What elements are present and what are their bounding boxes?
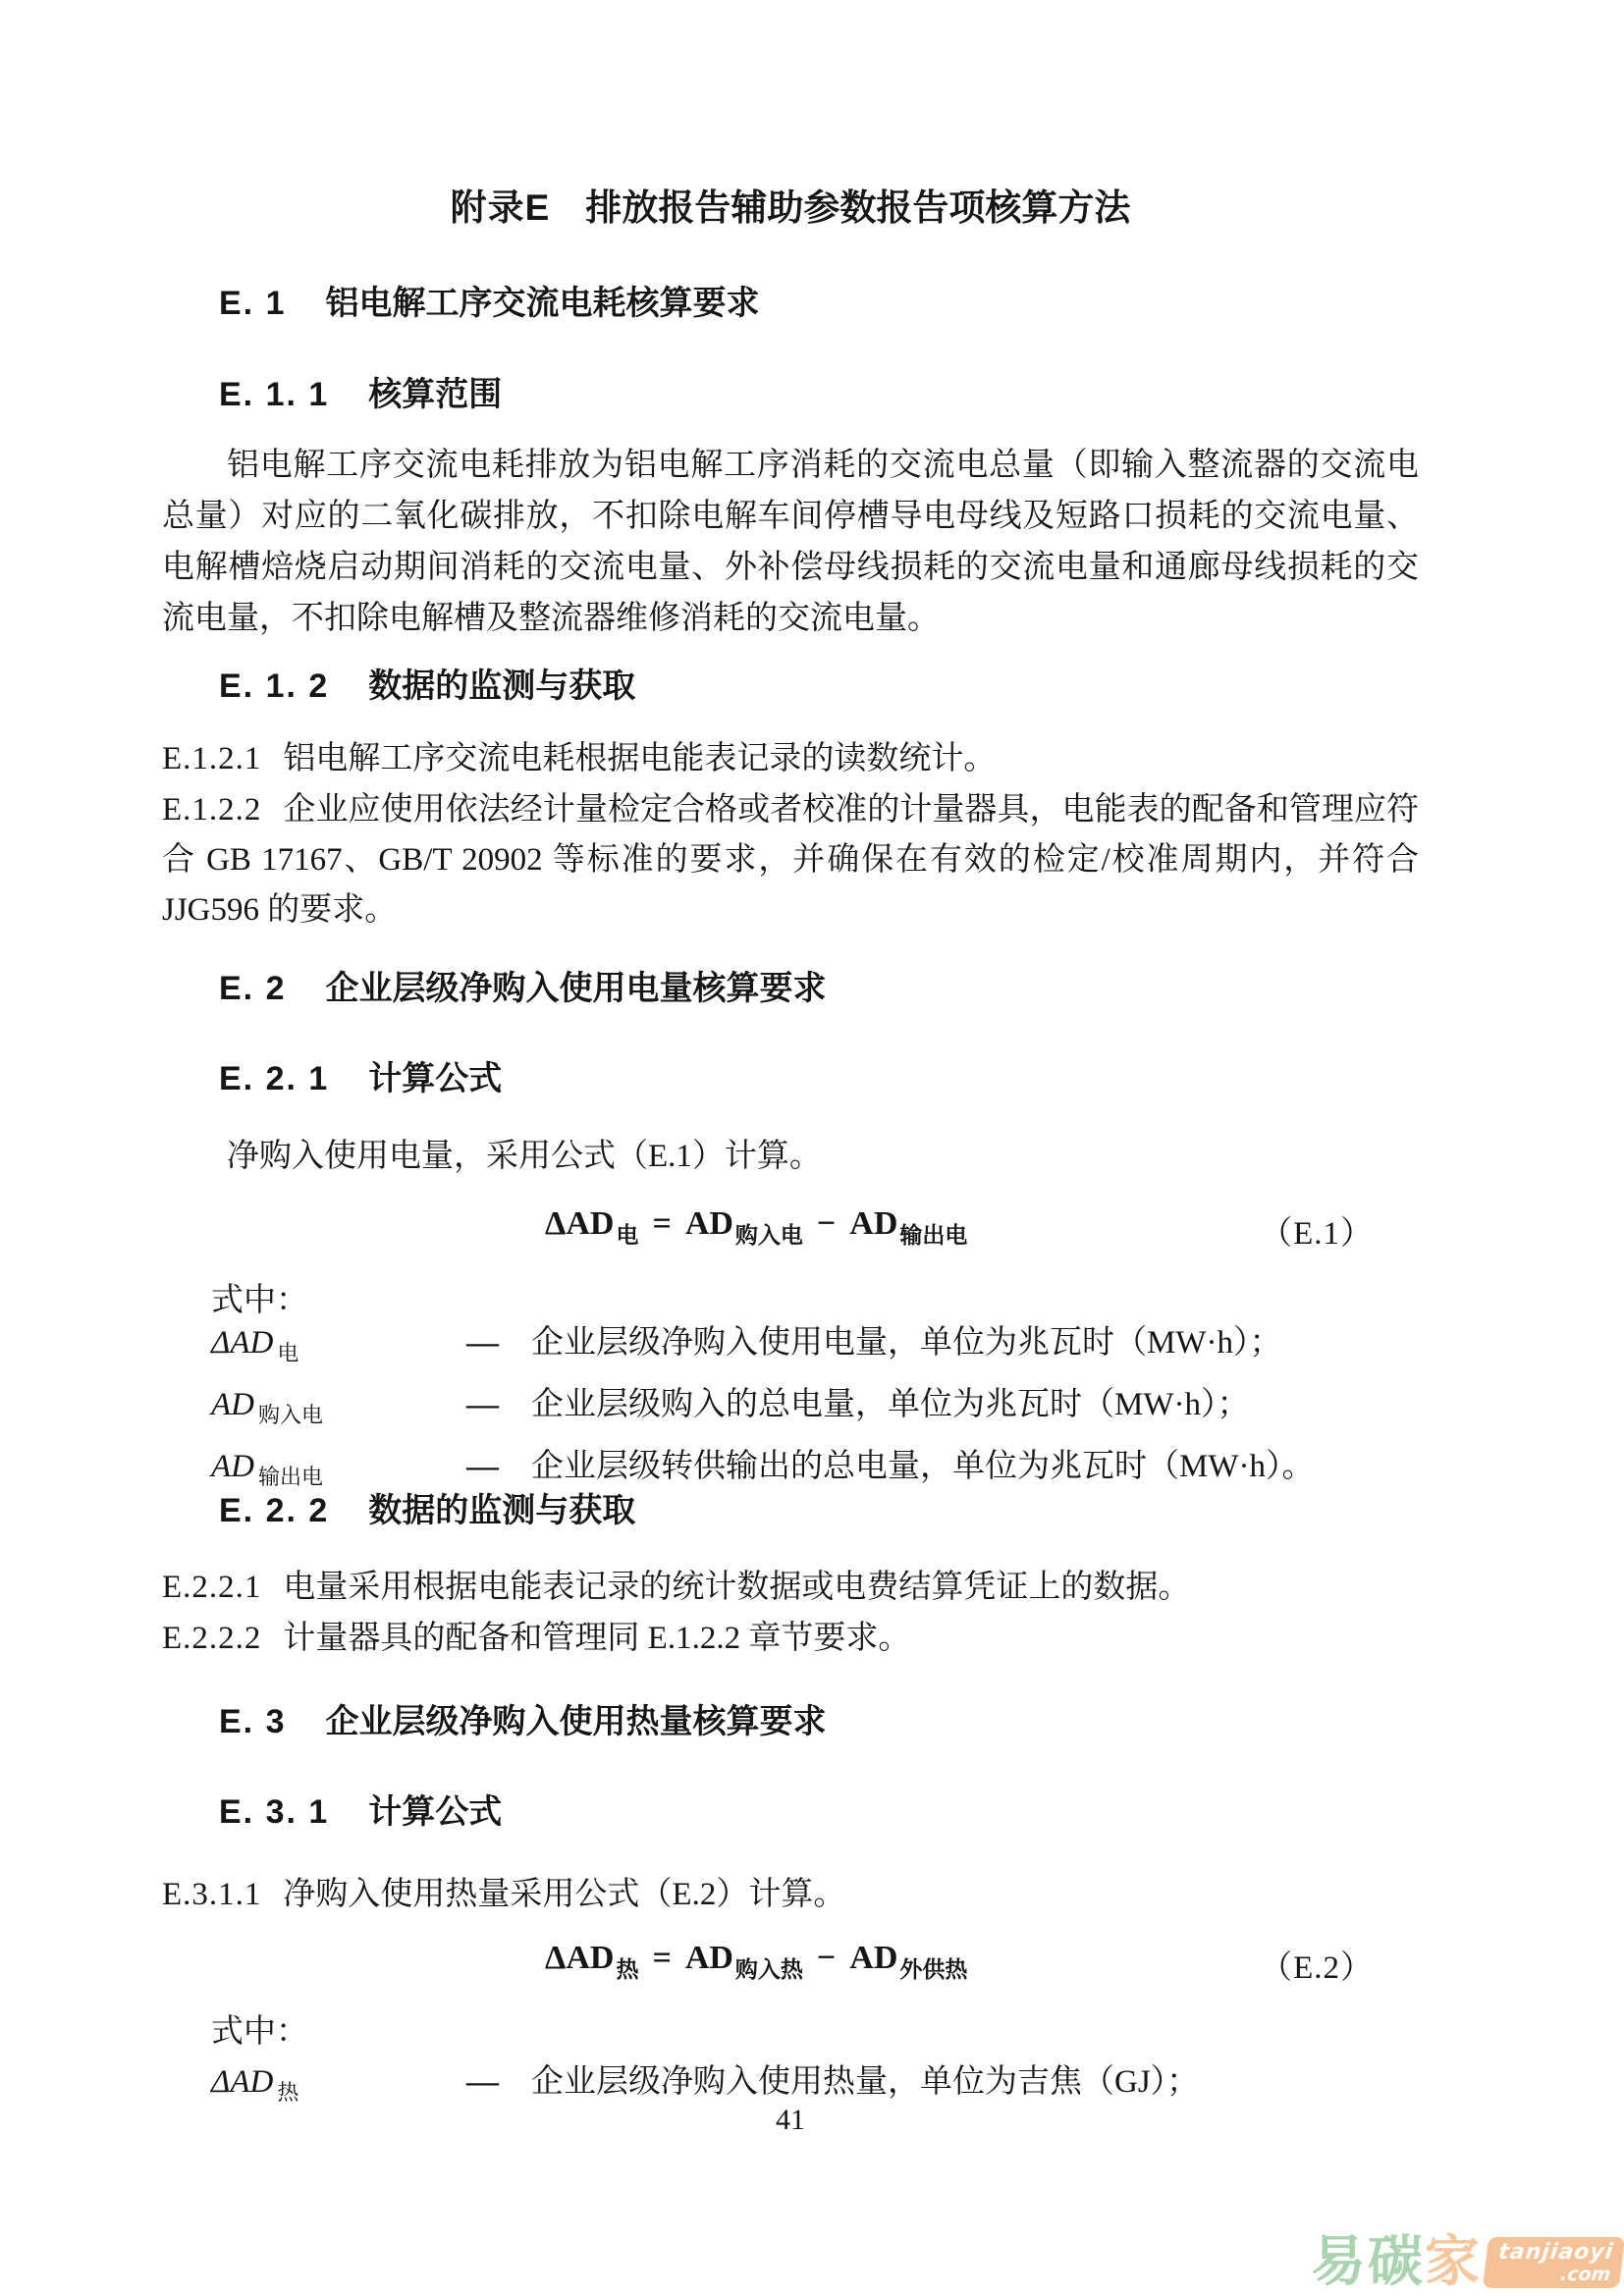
clause-e2-2-1: E.2.2.1电量采用根据电能表记录的统计数据或电费结算凭证上的数据。 <box>162 1563 1419 1613</box>
heading-e1-text: 铝电解工序交流电耗核算要求 <box>325 285 759 322</box>
definition-symbol-sub: 购入电 <box>258 1403 323 1427</box>
heading-e1-1-text: 核算范围 <box>368 376 502 413</box>
definition-symbol-base: ΔAD <box>211 2064 273 2100</box>
definition-dash: — <box>466 1379 531 1430</box>
heading-e1-1-number: E. 1. 1 <box>219 376 329 413</box>
watermark-logo: 易 碳 家 tanjiaoyi .com <box>1311 2235 1622 2290</box>
formula-e2-term1: AD <box>685 1940 733 1976</box>
definition-text: 企业层级净购入使用热量，单位为吉焦（GJ）； <box>531 2056 1419 2108</box>
clause-e1-2-2-number: E.1.2.2 <box>162 792 261 828</box>
definition-text: 企业层级转供输出的总电量，单位为兆瓦时（MW·h）。 <box>531 1441 1419 1492</box>
watermark-char-jia: 家 <box>1425 2235 1480 2290</box>
watermark-domain-badge: tanjiaoyi .com <box>1483 2237 1624 2288</box>
definition-symbol: AD购入电 <box>211 1379 466 1441</box>
formula-e2-lhs-sub: 热 <box>616 1957 638 1982</box>
heading-e3: E. 3企业层级净购入使用热量核算要求 <box>162 1701 1476 1742</box>
definition-row: ΔAD电 — 企业层级净购入使用电量，单位为兆瓦时（MW·h）； <box>162 1317 1419 1379</box>
appendix-title-text: 排放报告辅助参数报告项核算方法 <box>585 187 1130 228</box>
formula-e2-equals: = <box>652 1940 671 1976</box>
watermark-domain-tld: .com <box>1494 2265 1611 2284</box>
heading-e2-1-number: E. 2. 1 <box>219 1060 329 1097</box>
definitions-e1: ΔAD电 — 企业层级净购入使用电量，单位为兆瓦时（MW·h）； AD购入电 —… <box>162 1317 1419 1503</box>
formula-e1-lhs-sub: 电 <box>616 1223 638 1248</box>
heading-e2-text: 企业层级净购入使用电量核算要求 <box>325 970 826 1007</box>
formula-e1-equals: = <box>652 1205 671 1242</box>
heading-e3-1: E. 3. 1计算公式 <box>162 1791 1476 1833</box>
where-e1: 式中： <box>162 1279 1468 1322</box>
definition-dash: — <box>466 1441 531 1492</box>
definition-dash: — <box>466 1317 531 1368</box>
heading-e2-number: E. 2 <box>219 970 286 1007</box>
clause-e2-2-1-text: 电量采用根据电能表记录的统计数据或电费结算凭证上的数据。 <box>283 1570 1190 1605</box>
formula-e1-term1-sub: 购入电 <box>735 1223 803 1248</box>
definition-dash: — <box>466 2056 531 2108</box>
definition-text: 企业层级购入的总电量，单位为兆瓦时（MW·h）； <box>531 1379 1419 1430</box>
formula-e2-label: （E.2） <box>1260 1942 1374 1988</box>
heading-e1-2-text: 数据的监测与获取 <box>368 667 635 705</box>
heading-e1-2-number: E. 1. 2 <box>219 667 329 705</box>
heading-e3-1-text: 计算公式 <box>368 1793 502 1831</box>
appendix-label: 附录E <box>451 187 551 228</box>
heading-e3-text: 企业层级净购入使用热量核算要求 <box>325 1703 826 1740</box>
clause-e1-2-1-number: E.1.2.1 <box>162 741 261 776</box>
clause-e3-1-1: E.3.1.1净购入使用热量采用公式（E.2）计算。 <box>162 1870 1419 1920</box>
definition-row: AD购入电 — 企业层级购入的总电量，单位为兆瓦时（MW·h）； <box>162 1379 1419 1441</box>
formula-e1-row: ΔAD电=AD购入电−AD输出电 （E.1） <box>162 1205 1419 1264</box>
formula-e1-label: （E.1） <box>1260 1207 1374 1254</box>
formula-e2-term2-sub: 外供热 <box>899 1957 967 1982</box>
heading-e2-2-text: 数据的监测与获取 <box>368 1492 635 1529</box>
heading-e1-1: E. 1. 1核算范围 <box>162 374 1476 415</box>
definition-symbol: ΔAD电 <box>211 1317 466 1379</box>
clause-e3-1-1-text: 净购入使用热量采用公式（E.2）计算。 <box>283 1877 845 1912</box>
watermark-char-tan: 碳 <box>1368 2235 1423 2290</box>
definition-symbol-base: AD <box>211 1387 254 1422</box>
definition-symbol-base: ΔAD <box>211 1325 273 1361</box>
definition-symbol-base: AD <box>211 1449 254 1484</box>
clause-e1-2-2: E.1.2.2企业应使用依法经计量检定合格或者校准的计量器具，电能表的配备和管理… <box>162 785 1419 935</box>
heading-e2-1: E. 2. 1计算公式 <box>162 1058 1476 1099</box>
definition-symbol-sub: 热 <box>277 2080 298 2105</box>
clause-e2-2-2-number: E.2.2.2 <box>162 1621 261 1656</box>
document-page: 附录E排放报告辅助参数报告项核算方法 E. 1铝电解工序交流电耗核算要求 E. … <box>0 0 1624 2296</box>
heading-e2: E. 2企业层级净购入使用电量核算要求 <box>162 968 1476 1009</box>
heading-e2-2-number: E. 2. 2 <box>219 1492 329 1529</box>
heading-e3-number: E. 3 <box>219 1703 286 1740</box>
formula-e1-lhs: ΔAD <box>545 1205 614 1242</box>
where-e2: 式中： <box>162 2010 1468 2054</box>
formula-e1: ΔAD电=AD购入电−AD输出电 <box>545 1205 967 1250</box>
heading-e2-1-text: 计算公式 <box>368 1060 502 1097</box>
heading-e1: E. 1铝电解工序交流电耗核算要求 <box>162 283 1476 324</box>
paragraph-e1-scope: 铝电解工序交流电耗排放为铝电解工序消耗的交流电总量（即输入整流器的交流电总量）对… <box>162 440 1419 644</box>
heading-e3-1-number: E. 3. 1 <box>219 1793 329 1831</box>
clause-e2-2-2-text: 计量器具的配备和管理同 E.1.2.2 章节要求。 <box>283 1621 910 1656</box>
heading-e1-number: E. 1 <box>219 285 286 322</box>
formula-e1-term2-sub: 输出电 <box>899 1223 967 1248</box>
page-title: 附录E排放报告辅助参数报告项核算方法 <box>162 187 1419 230</box>
clause-e2-2-2: E.2.2.2计量器具的配备和管理同 E.1.2.2 章节要求。 <box>162 1614 1419 1664</box>
formula-e1-term2: AD <box>849 1205 897 1242</box>
clause-e3-1-1-number: E.3.1.1 <box>162 1877 261 1912</box>
formula-e2-term1-sub: 购入热 <box>735 1957 803 1982</box>
watermark-char-yi: 易 <box>1311 2235 1366 2290</box>
definition-symbol-sub: 输出电 <box>258 1465 323 1489</box>
clause-e2-2-1-number: E.2.2.1 <box>162 1570 261 1605</box>
formula-e2: ΔAD热=AD购入热−AD外供热 <box>545 1940 967 1984</box>
watermark-domain-name: tanjiaoyi <box>1497 2241 1615 2265</box>
formula-e2-term2: AD <box>849 1940 897 1976</box>
formula-e1-minus: − <box>817 1205 836 1242</box>
clause-e1-2-2-text: 企业应使用依法经计量检定合格或者校准的计量器具，电能表的配备和管理应符合 GB … <box>162 792 1419 928</box>
clause-e1-2-1-text: 铝电解工序交流电耗根据电能表记录的读数统计。 <box>283 741 996 776</box>
formula-e2-row: ΔAD热=AD购入热−AD外供热 （E.2） <box>162 1940 1419 1999</box>
definition-symbol-sub: 电 <box>277 1341 298 1365</box>
definition-text: 企业层级净购入使用电量，单位为兆瓦时（MW·h）； <box>531 1317 1419 1368</box>
clause-e1-2-1: E.1.2.1铝电解工序交流电耗根据电能表记录的读数统计。 <box>162 734 1419 784</box>
formula-e2-minus: − <box>817 1940 836 1976</box>
heading-e1-2: E. 1. 2数据的监测与获取 <box>162 666 1476 707</box>
paragraph-e2-intro: 净购入使用电量，采用公式（E.1）计算。 <box>162 1131 1419 1182</box>
page-number: 41 <box>162 2103 1419 2138</box>
heading-e2-2: E. 2. 2数据的监测与获取 <box>162 1490 1476 1531</box>
formula-e2-lhs: ΔAD <box>545 1940 614 1976</box>
formula-e1-term1: AD <box>685 1205 733 1242</box>
